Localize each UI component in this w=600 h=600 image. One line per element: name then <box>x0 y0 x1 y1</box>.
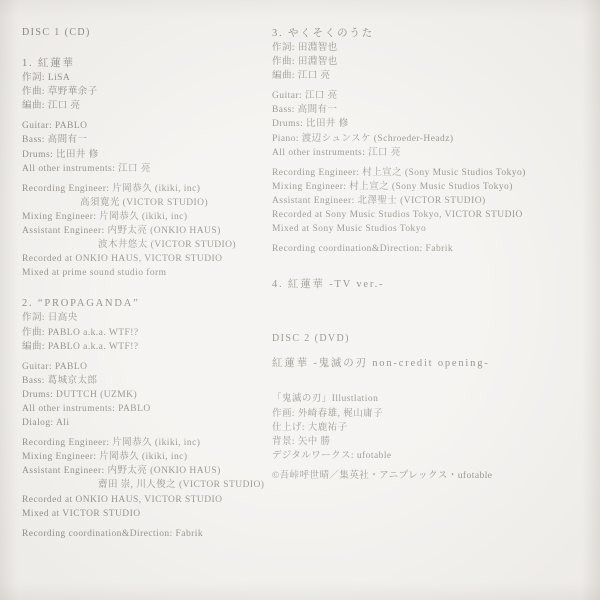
track4-title: 4. 紅蓮華 -TV ver.- <box>272 277 582 292</box>
track2-engineers-line: Recorded at ONKIO HAUS, VICTOR STUDIO <box>22 493 268 507</box>
disc2-header: DISC 2 (DVD) <box>272 332 582 346</box>
illustration-credits-line: 「鬼滅の刃」Illustlation <box>272 392 582 406</box>
track2-engineers-line: Mixed at VICTOR STUDIO <box>22 507 268 521</box>
track4-title-line: 4. 紅蓮華 -TV ver.- <box>272 277 582 292</box>
column-right: 3. やくそくのうた作詞: 田淵智也作曲: 田淵智也編曲: 江口 亮Guitar… <box>272 26 582 483</box>
booklet-page: DISC 1 (CD)1. 紅蓮華作詞: LiSA作曲: 草野華余子編曲: 江口… <box>0 0 600 600</box>
track3-engineers-line: Mixed at Sony Music Studios Tokyo <box>272 222 582 236</box>
dvd-content-title-line: 紅蓮華 -鬼滅の刃 non-credit opening- <box>272 356 582 371</box>
track3-players-line: Bass: 高間有一 <box>272 103 582 117</box>
track1-writers: 作詞: LiSA作曲: 草野華余子編曲: 江口 亮 <box>22 71 268 113</box>
track2-players: Guitar: PABLOBass: 葛城京太郎Drums: DUTTCH (U… <box>22 360 268 430</box>
track1-writers-line: 作詞: LiSA <box>22 71 268 85</box>
dvd-content-title: 紅蓮華 -鬼滅の刃 non-credit opening- <box>272 356 582 371</box>
track1-engineers-line: Mixed at prime sound studio form <box>22 266 268 280</box>
track1-writers-line: 作曲: 草野華余子 <box>22 85 268 99</box>
illustration-credits-line: 仕上げ: 大鹿祐子 <box>272 421 582 435</box>
track3-title-line: 3. やくそくのうた <box>272 26 582 41</box>
track1-engineers-line: 波木井悠太 (VICTOR STUDIO) <box>22 238 268 252</box>
track2-writers-line: 作曲: PABLO a.k.a. WTF!? <box>22 326 268 340</box>
track1-engineers: Recording Engineer: 片岡恭久 (ikiki, inc)高須寛… <box>22 182 268 281</box>
track2-engineers-line: Assistant Engineer: 内野太亮 (ONKIO HAUS) <box>22 464 268 478</box>
track1-engineers-line: Recorded at ONKIO HAUS, VICTOR STUDIO <box>22 252 268 266</box>
track2-engineers-line: Mixing Engineer: 片岡恭久 (ikiki, inc) <box>22 450 268 464</box>
track2-coordination-line: Recording coordination&Direction: Fabrik <box>22 527 268 541</box>
track1-engineers-line: Mixing Engineer: 片岡恭久 (ikiki, inc) <box>22 210 268 224</box>
track3-writers-line: 作曲: 田淵智也 <box>272 55 582 69</box>
column-left: DISC 1 (CD)1. 紅蓮華作詞: LiSA作曲: 草野華余子編曲: 江口… <box>22 26 268 541</box>
track2-players-line: Drums: DUTTCH (UZMK) <box>22 388 268 402</box>
track1-engineers-line: Recording Engineer: 片岡恭久 (ikiki, inc) <box>22 182 268 196</box>
track3-players-line: Piano: 渡辺シュンスケ (Schroeder-Headz) <box>272 132 582 146</box>
track2-title-line: 2. “PROPAGANDA” <box>22 296 268 311</box>
track1-engineers-line: 高須寛光 (VICTOR STUDIO) <box>22 196 268 210</box>
track3-engineers-line: Recording Engineer: 村上宣之 (Sony Music Stu… <box>272 166 582 180</box>
track3-writers: 作詞: 田淵智也作曲: 田淵智也編曲: 江口 亮 <box>272 41 582 83</box>
illustration-credits-line: デジタルワークス: ufotable <box>272 449 582 463</box>
track3-engineers-line: Recorded at Sony Music Studios Tokyo, VI… <box>272 208 582 222</box>
illustration-credits: 「鬼滅の刃」Illustlation作画: 外崎春雄, 梶山庸子仕上げ: 大鹿祐… <box>272 392 582 462</box>
track1-writers-line: 編曲: 江口 亮 <box>22 99 268 113</box>
disc1-header-line: DISC 1 (CD) <box>22 26 268 40</box>
track2-writers: 作詞: 日高央作曲: PABLO a.k.a. WTF!?編曲: PABLO a… <box>22 311 268 353</box>
illustration-credits-line: 作画: 外崎春雄, 梶山庸子 <box>272 407 582 421</box>
illustration-credits-line: 背景: 矢中 勝 <box>272 435 582 449</box>
track2-players-line: Dialog: Ali <box>22 416 268 430</box>
track3-players-line: Drums: 比田井 修 <box>272 117 582 131</box>
track3-writers-line: 編曲: 江口 亮 <box>272 69 582 83</box>
track3-title: 3. やくそくのうた <box>272 26 582 41</box>
track2-writers-line: 作詞: 日高央 <box>22 311 268 325</box>
disc2-header-line: DISC 2 (DVD) <box>272 332 582 346</box>
track3-engineers: Recording Engineer: 村上宣之 (Sony Music Stu… <box>272 166 582 236</box>
track2-title: 2. “PROPAGANDA” <box>22 296 268 311</box>
disc1-header: DISC 1 (CD) <box>22 26 268 40</box>
track2-players-line: All other instruments: PABLO <box>22 402 268 416</box>
copyright-line: ©吾峠呼世晴／集英社・アニプレックス・ufotable <box>272 469 582 483</box>
track2-players-line: Bass: 葛城京太郎 <box>22 374 268 388</box>
track2-engineers-line: 齋田 崇, 川人俊之 (VICTOR STUDIO) <box>22 478 268 492</box>
track1-players-line: All other instruments: 江口 亮 <box>22 162 268 176</box>
track3-coordination: Recording coordination&Direction: Fabrik <box>272 242 582 256</box>
track1-players-line: Bass: 高間有一 <box>22 133 268 147</box>
track2-players-line: Guitar: PABLO <box>22 360 268 374</box>
track1-engineers-line: Assistant Engineer: 内野太亮 (ONKIO HAUS) <box>22 224 268 238</box>
track1-players-line: Drums: 比田井 修 <box>22 148 268 162</box>
copyright-line-line: ©吾峠呼世晴／集英社・アニプレックス・ufotable <box>272 469 582 483</box>
track3-players-line: All other instruments: 江口 亮 <box>272 146 582 160</box>
track2-engineers-line: Recording Engineer: 片岡恭久 (ikiki, inc) <box>22 436 268 450</box>
track2-writers-line: 編曲: PABLO a.k.a. WTF!? <box>22 340 268 354</box>
track1-title: 1. 紅蓮華 <box>22 56 268 71</box>
track3-players: Guitar: 江口 亮Bass: 高間有一Drums: 比田井 修Piano:… <box>272 89 582 159</box>
track2-coordination: Recording coordination&Direction: Fabrik <box>22 527 268 541</box>
track1-players-line: Guitar: PABLO <box>22 119 268 133</box>
track3-writers-line: 作詞: 田淵智也 <box>272 41 582 55</box>
track3-coordination-line: Recording coordination&Direction: Fabrik <box>272 242 582 256</box>
track3-engineers-line: Assistant Engineer: 北澤聖士 (VICTOR STUDIO) <box>272 194 582 208</box>
track1-players: Guitar: PABLOBass: 高間有一Drums: 比田井 修All o… <box>22 119 268 175</box>
track3-players-line: Guitar: 江口 亮 <box>272 89 582 103</box>
track1-title-line: 1. 紅蓮華 <box>22 56 268 71</box>
track3-engineers-line: Mixing Engineer: 村上宣之 (Sony Music Studio… <box>272 180 582 194</box>
track2-engineers: Recording Engineer: 片岡恭久 (ikiki, inc)Mix… <box>22 436 268 521</box>
